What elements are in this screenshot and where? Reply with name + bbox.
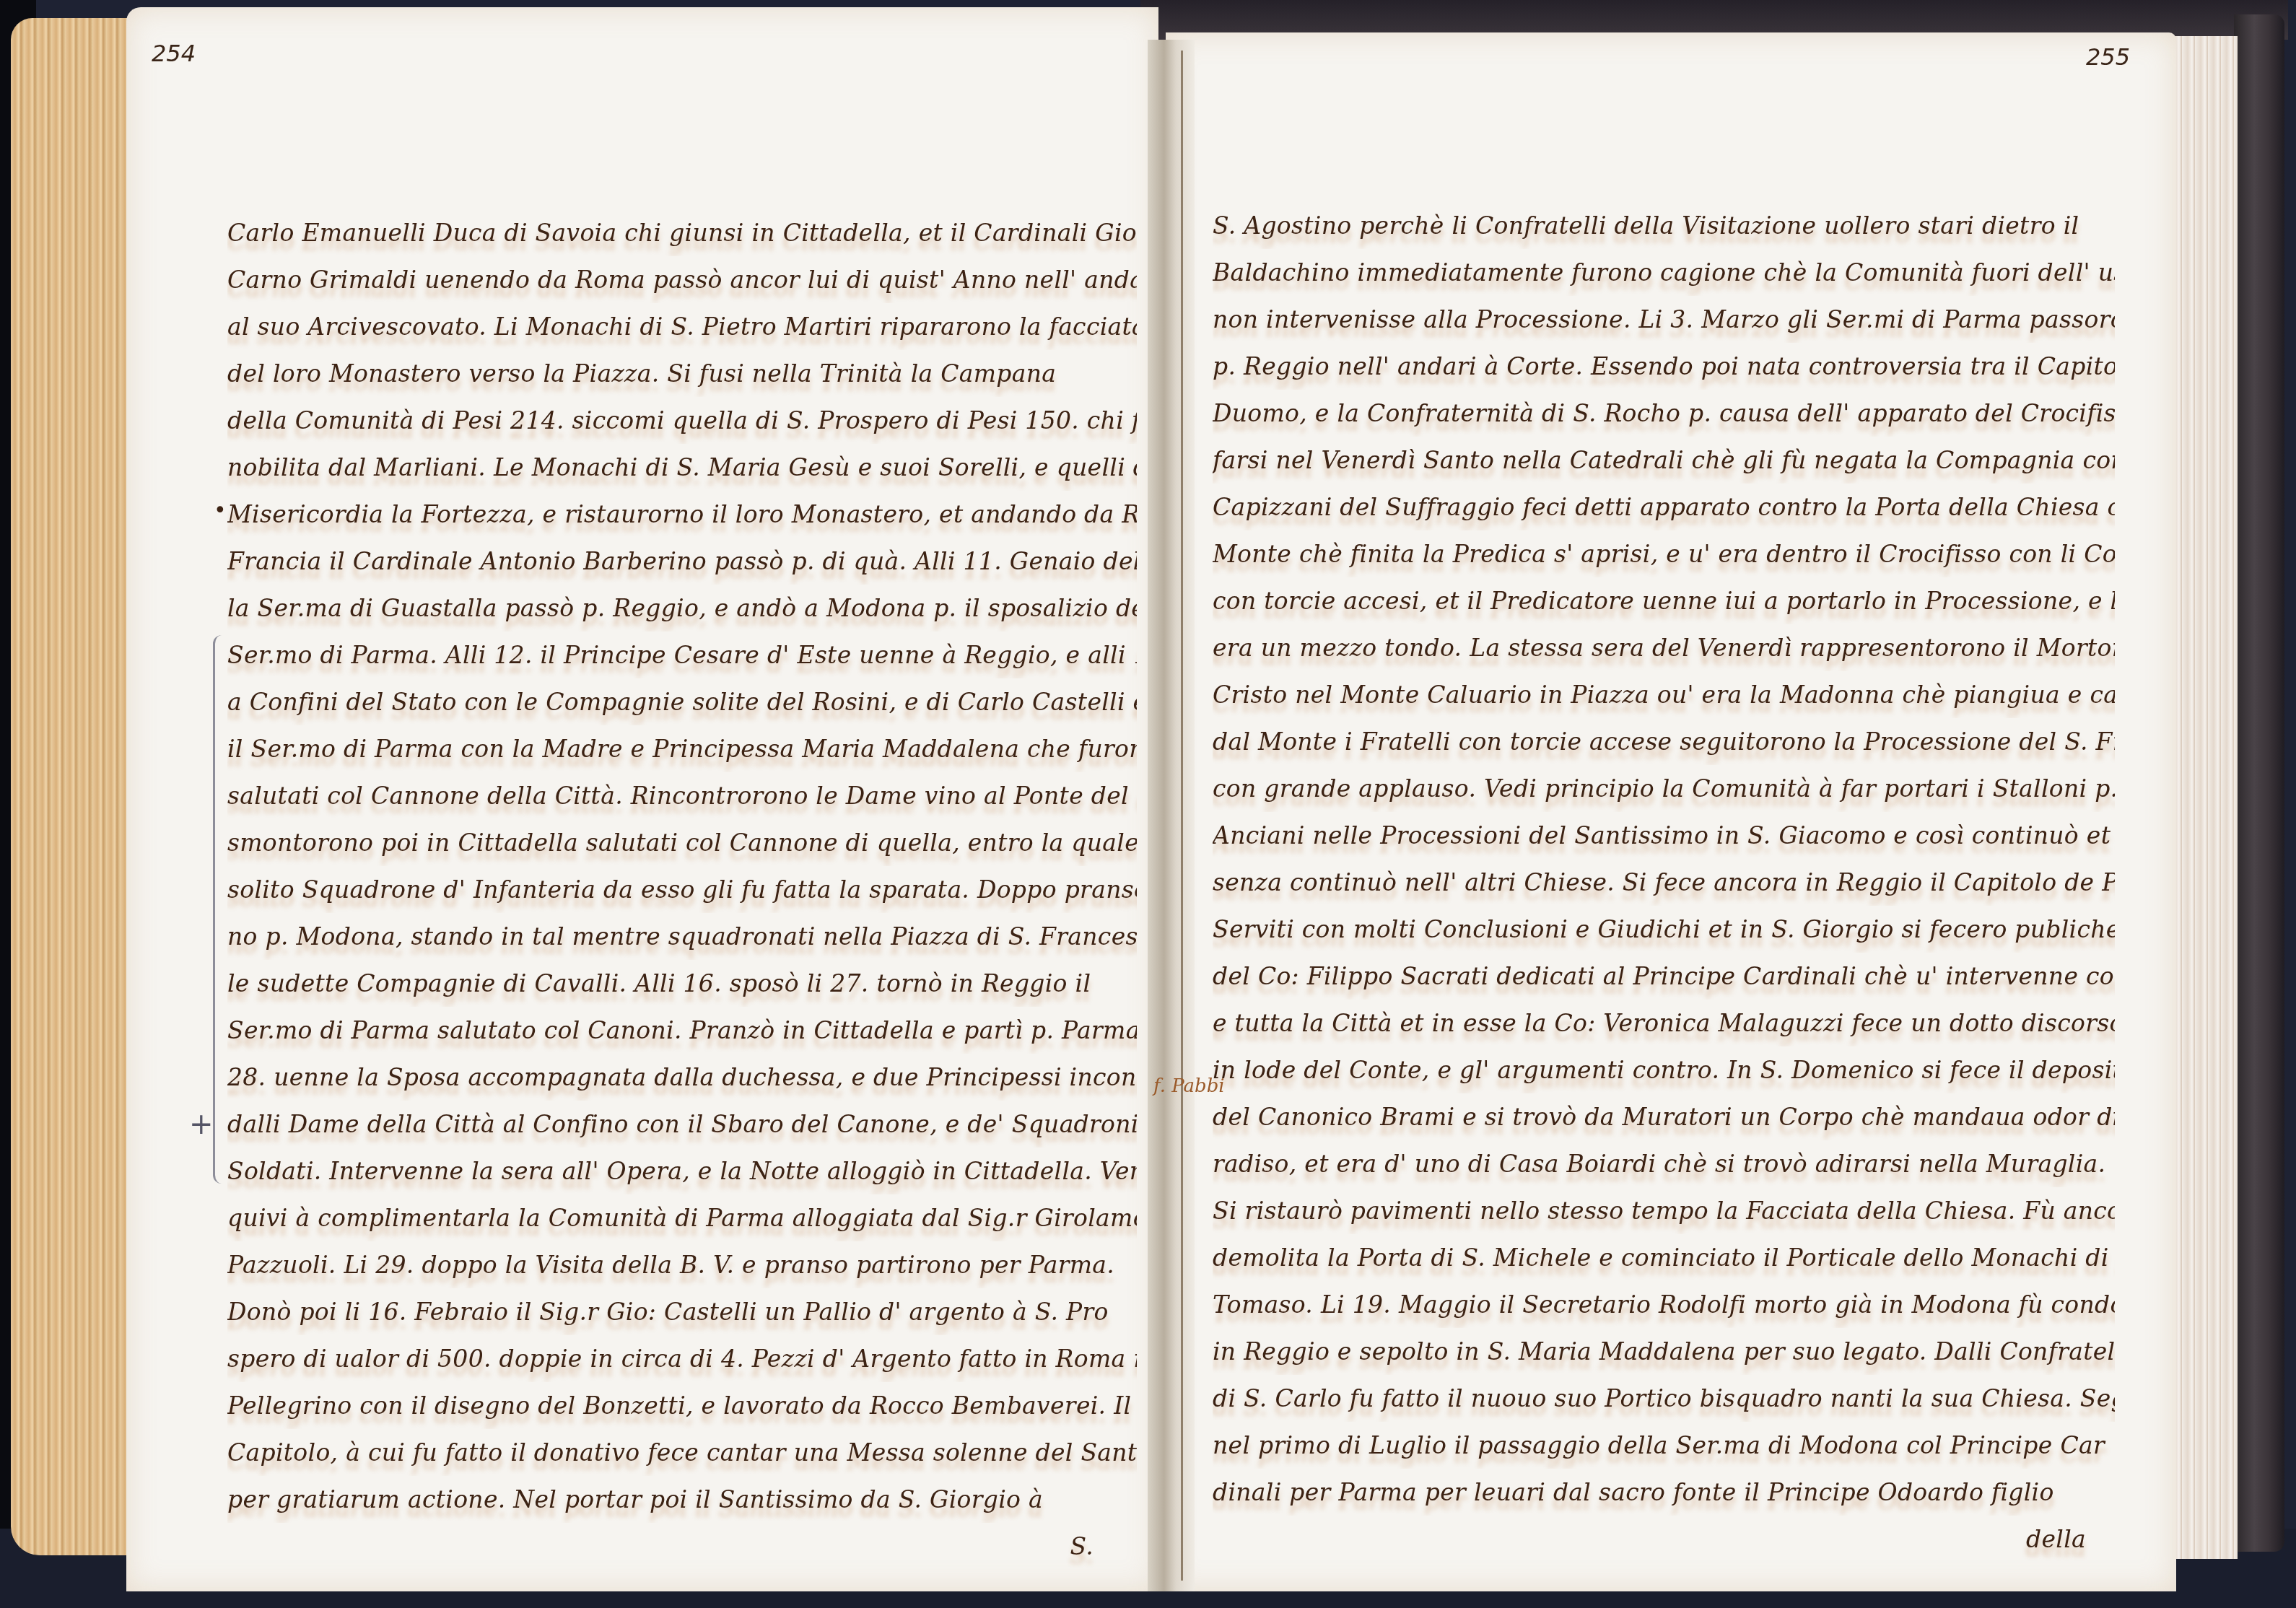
text-line: Carlo Emanuelli Duca di Savoia chi giuns… (227, 209, 1137, 256)
text-line: demolita la Porta di S. Michele e cominc… (1213, 1234, 2115, 1281)
text-line: il Ser.mo di Parma con la Madre e Princi… (227, 725, 1137, 772)
text-line: solito Squadrone d' Infanteria da esso g… (227, 866, 1137, 913)
text-line: S. Agostino perchè li Confratelli della … (1213, 202, 2115, 249)
text-line: le sudette Compagnie di Cavalli. Alli 16… (227, 960, 1137, 1007)
text-line: di S. Carlo fu fatto il nuouo suo Portic… (1213, 1375, 2115, 1422)
text-line: dinali per Parma per leuari dal sacro fo… (1213, 1469, 2115, 1516)
text-line: Tomaso. Li 19. Maggio il Secretario Rodo… (1213, 1281, 2115, 1328)
folio-number-left: 254 (152, 40, 196, 67)
text-line: la Ser.ma di Guastalla passò p. Reggio, … (227, 585, 1137, 632)
text-line: Serviti con molti Conclusioni e Giudichi… (1213, 906, 2115, 953)
text-line: Pazzuoli. Li 29. doppo la Visita della B… (227, 1241, 1137, 1288)
text-line: spero di ualor di 500. doppie in circa d… (227, 1335, 1137, 1382)
gutter-fold-line (1181, 51, 1183, 1581)
pencil-cross-mark: + (189, 1108, 214, 1141)
text-line: Francia il Cardinale Antonio Barberino p… (227, 538, 1137, 585)
leather-cover-right (2234, 14, 2284, 1552)
folio-number-right: 255 (2086, 43, 2130, 71)
text-line: radiso, et era d' uno di Casa Boiardi ch… (1213, 1140, 2115, 1187)
text-line: non intervenisse alla Processione. Li 3.… (1213, 296, 2115, 343)
text-line: al suo Arcivescovato. Li Monachi di S. P… (227, 303, 1137, 350)
text-line: del Co: Filippo Sacrati dedicati al Prin… (1213, 953, 2115, 1000)
text-line: Duomo, e la Confraternità di S. Rocho p.… (1213, 390, 2115, 437)
text-line: Ser.mo di Parma. Alli 12. il Principe Ce… (227, 632, 1137, 678)
text-line: smontorono poi in Cittadella salutati co… (227, 819, 1137, 866)
text-line: Cristo nel Monte Caluario in Piazza ou' … (1213, 671, 2115, 718)
text-line: e tutta la Città et in esse la Co: Veron… (1213, 1000, 2115, 1046)
text-line: era un mezzo tondo. La stessa sera del V… (1213, 624, 2115, 671)
text-line: nel primo di Luglio il passaggio della S… (1213, 1422, 2115, 1469)
text-line: Misericordia la Fortezza, e ristaurorno … (227, 491, 1137, 538)
text-line: Anciani nelle Processioni del Santissimo… (1213, 812, 2115, 859)
page-edges-left (11, 18, 137, 1555)
text-line: Carno Grimaldi uenendo da Roma passò anc… (227, 256, 1137, 303)
text-line: Baldachino immediatamente furono cagione… (1213, 249, 2115, 296)
text-line: Donò poi li 16. Febraio il Sig.r Gio: Ca… (227, 1288, 1137, 1335)
right-page-text: S. Agostino perchè li Confratelli della … (1213, 202, 2115, 1563)
text-line: a Confini del Stato con le Compagnie sol… (227, 678, 1137, 725)
text-line: Capizzani del Suffraggio feci detti appa… (1213, 484, 2115, 530)
text-line: in lode del Conte, e gl' argumenti contr… (1213, 1046, 2115, 1093)
text-line: dal Monte i Fratelli con torcie accese s… (1213, 718, 2115, 765)
text-line: Si ristaurò pavimenti nello stesso tempo… (1213, 1187, 2115, 1234)
text-line: Capitolo, à cui fu fatto il donativo fec… (227, 1429, 1137, 1476)
text-line: p. Reggio nell' andari à Corte. Essendo … (1213, 343, 2115, 390)
text-line: in Reggio e sepolto in S. Maria Maddalen… (1213, 1328, 2115, 1375)
page-edges-right (2169, 36, 2238, 1559)
text-line: Monte chè finita la Predica s' aprisi, e… (1213, 530, 2115, 577)
text-line: della Comunità di Pesi 214. siccomi quel… (227, 397, 1137, 444)
text-line: del Canonico Brami e si trovò da Murator… (1213, 1093, 2115, 1140)
text-line: salutati col Cannone della Città. Rincon… (227, 772, 1137, 819)
text-line: senza continuò nell' altri Chiese. Si fe… (1213, 859, 2115, 906)
text-line: con torcie accesi, et il Predicatore uen… (1213, 577, 2115, 624)
text-line: con grande applauso. Vedi principio la C… (1213, 765, 2115, 812)
book-gutter (1148, 40, 1195, 1591)
text-line: S. (227, 1523, 1137, 1570)
text-line: dalli Dame della Città al Confino con il… (227, 1101, 1137, 1148)
text-line: farsi nel Venerdì Santo nella Catedrali … (1213, 437, 2115, 484)
left-page-text: Carlo Emanuelli Duca di Savoia chi giuns… (227, 209, 1137, 1570)
text-line: Soldati. Intervenne la sera all' Opera, … (227, 1148, 1137, 1194)
text-line: Pellegrino con il disegno del Bonzetti, … (227, 1382, 1137, 1429)
text-line: 28. uenne la Sposa accompagnata dalla du… (227, 1054, 1137, 1101)
text-line: del loro Monastero verso la Piazza. Si f… (227, 350, 1137, 397)
text-line: no p. Modona, stando in tal mentre squad… (227, 913, 1137, 960)
catchword: della (1213, 1516, 2115, 1563)
text-line: nobilita dal Marliani. Le Monachi di S. … (227, 444, 1137, 491)
pencil-bracket-mark (213, 635, 225, 1184)
ink-dot-mark: • (214, 498, 227, 523)
manuscript-photo: 254 255 + • f. Pabbi Carlo Emanuelli Duc… (0, 0, 2296, 1608)
text-line: quivi à complimentarla la Comunità di Pa… (227, 1194, 1137, 1241)
text-line: per gratiarum actione. Nel portar poi il… (227, 1476, 1137, 1523)
text-line: Ser.mo di Parma salutato col Canoni. Pra… (227, 1007, 1137, 1054)
